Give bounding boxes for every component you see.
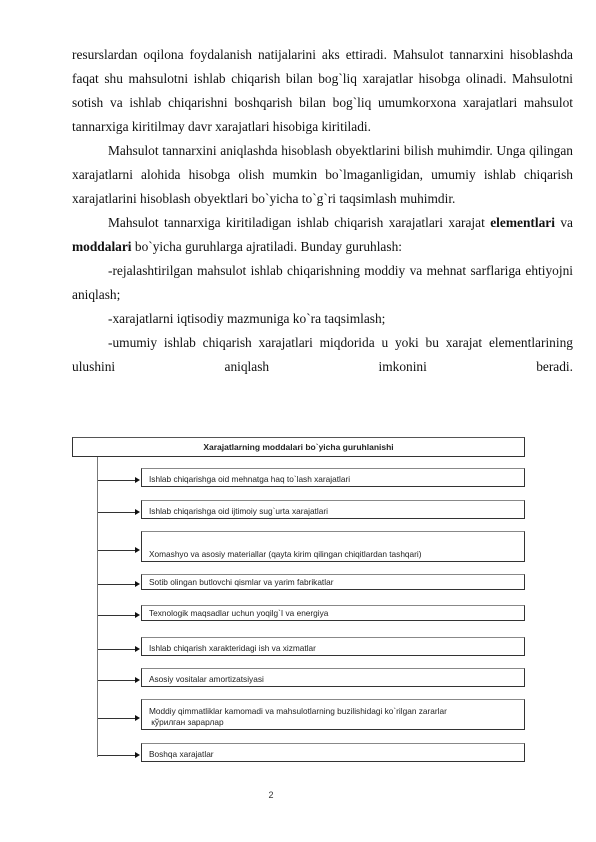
- diagram-item-box: Moddiy qimmatliklar kamomadi va mahsulot…: [141, 699, 525, 730]
- diagram-item-label: Moddiy qimmatliklar kamomadi va mahsulot…: [149, 706, 524, 717]
- diagram-item-box: Ishlab chiqarishga oid mehnatga haq to`l…: [141, 468, 525, 487]
- diagram-title-box: Xarajatlarning moddalari bo`yicha guruhl…: [72, 437, 525, 457]
- diagram-item-label: Sotib olingan butlovchi qismlar va yarim…: [149, 577, 524, 588]
- document-page: resurslardan oqilona foydalanish natijal…: [0, 0, 596, 842]
- connector-arrow-icon: [98, 512, 136, 513]
- connector-arrow-icon: [98, 550, 136, 551]
- diagram-title: Xarajatlarning moddalari bo`yicha guruhl…: [203, 442, 393, 452]
- diagram-item-box: Texnologik maqsadlar uchun yoqilg`I va e…: [141, 605, 525, 621]
- cost-items-diagram: Xarajatlarning moddalari bo`yicha guruhl…: [0, 0, 596, 842]
- diagram-item-box: Boshqa xarajatlar: [141, 743, 525, 762]
- diagram-item-label: Texnologik maqsadlar uchun yoqilg`I va e…: [149, 608, 524, 619]
- connector-arrow-icon: [98, 615, 136, 616]
- diagram-item-label: Ishlab chiqarish xarakteridagi ish va xi…: [149, 643, 524, 654]
- diagram-item-label-line2: кўрилган зарарлар: [149, 717, 524, 728]
- diagram-item-label: Xomashyo va asosiy materiallar (qayta ki…: [149, 549, 524, 560]
- diagram-item-box: Ishlab chiqarish xarakteridagi ish va xi…: [141, 637, 525, 656]
- diagram-item-box: Xomashyo va asosiy materiallar (qayta ki…: [141, 531, 525, 562]
- connector-arrow-icon: [98, 649, 136, 650]
- diagram-item-box: Sotib olingan butlovchi qismlar va yarim…: [141, 574, 525, 590]
- diagram-item-label: Asosiy vositalar amortizatsiyasi: [149, 674, 524, 685]
- connector-arrow-icon: [98, 718, 136, 719]
- connector-arrow-icon: [98, 480, 136, 481]
- page-number: 2: [266, 790, 276, 800]
- connector-arrow-icon: [98, 584, 136, 585]
- connector-arrow-icon: [98, 680, 136, 681]
- diagram-item-label: Ishlab chiqarishga oid ijtimoiy sug`urta…: [149, 506, 524, 517]
- diagram-item-label: Boshqa xarajatlar: [149, 749, 524, 760]
- diagram-item-box: Ishlab chiqarishga oid ijtimoiy sug`urta…: [141, 500, 525, 519]
- diagram-item-box: Asosiy vositalar amortizatsiyasi: [141, 668, 525, 687]
- connector-trunk-line: [97, 457, 98, 757]
- diagram-item-label: Ishlab chiqarishga oid mehnatga haq to`l…: [149, 474, 524, 485]
- connector-arrow-icon: [98, 755, 136, 756]
